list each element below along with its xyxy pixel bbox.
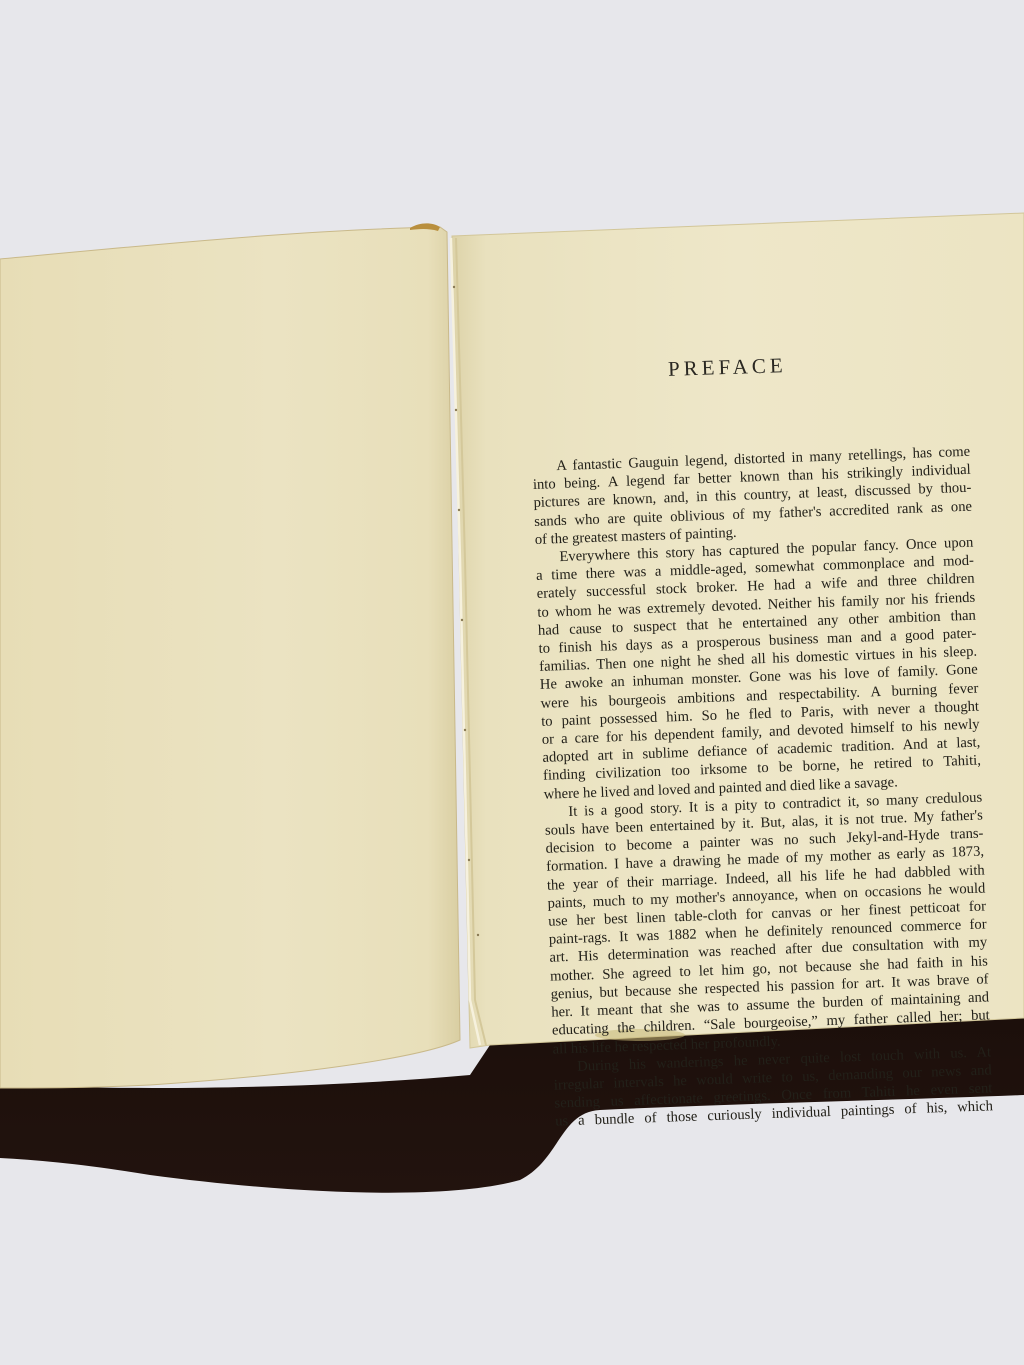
paragraph-4: During his wanderings he never quite los…: [553, 1043, 993, 1131]
page-title: PREFACE: [668, 353, 787, 382]
paragraph-2: Everywhere this story has captured the p…: [535, 534, 982, 804]
paragraph-3: It is a good story. It is a pity to cont…: [544, 788, 991, 1058]
left-page: [0, 227, 460, 1088]
paragraph-1: A fantastic Gauguin legend, distorted in…: [532, 443, 973, 549]
preface-text: A fantastic Gauguin legend, distorted in…: [532, 443, 993, 1131]
